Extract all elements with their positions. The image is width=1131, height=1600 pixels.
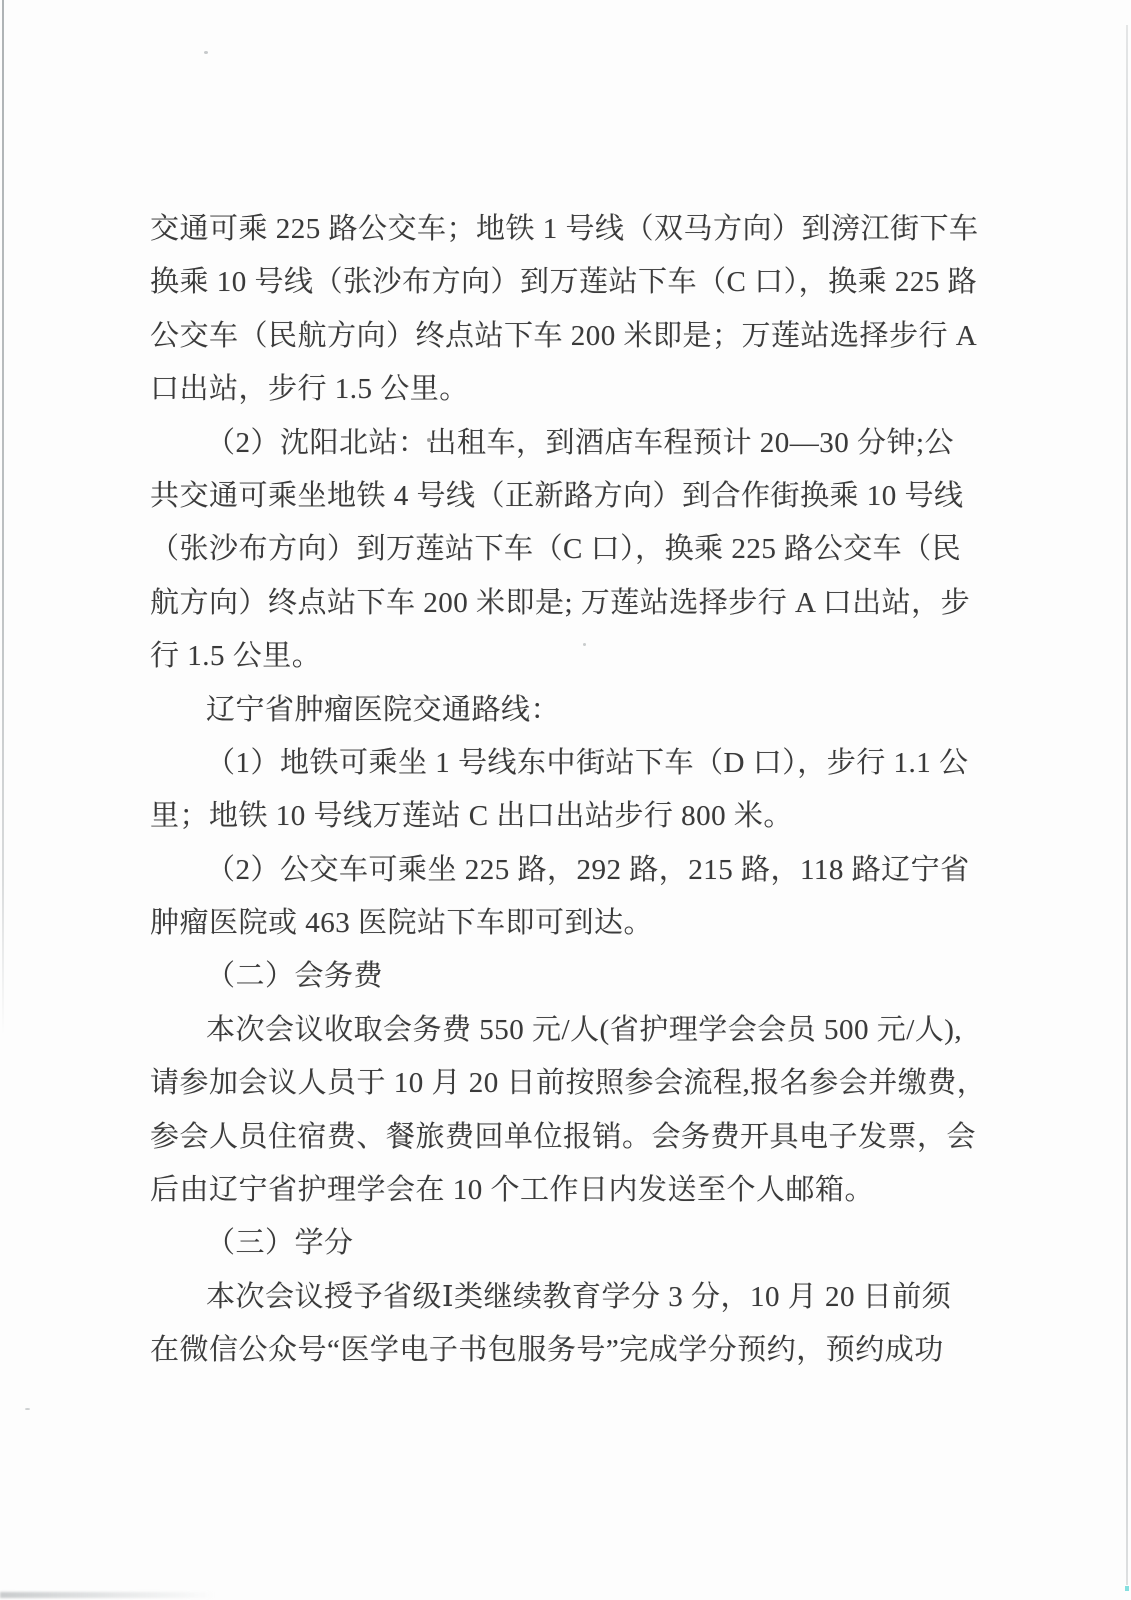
body-line: 航方向）终点站下车 200 米即是; 万莲站选择步行 A 口出站，步 — [150, 577, 995, 630]
body-line: 参会人员住宿费、餐旅费回单位报销。会务费开具电子发票，会 — [150, 1111, 995, 1164]
section-heading-credits: （三）学分 — [150, 1217, 995, 1270]
body-line: 在微信公众号“医学电子书包服务号”完成学分预约，预约成功 — [150, 1324, 995, 1377]
body-line: 行 1.5 公里。 — [150, 630, 995, 683]
body-line: （张沙布方向）到万莲站下车（C 口），换乘 225 路公交车（民 — [150, 523, 995, 576]
scan-left-edge-line — [2, 0, 4, 1035]
section-heading-fees: （二）会务费 — [150, 950, 995, 1003]
body-line: 请参加会议人员于 10 月 20 日前按照参会流程,报名参会并缴费， — [150, 1057, 995, 1110]
body-line: 后由辽宁省护理学会在 10 个工作日内发送至个人邮箱。 — [150, 1164, 995, 1217]
body-line: 口出站，步行 1.5 公里。 — [150, 363, 995, 416]
body-line: 交通可乘 225 路公交车；地铁 1 号线（双马方向）到滂江街下车 — [150, 203, 995, 256]
body-line: 肿瘤医院或 463 医院站下车即可到达。 — [150, 897, 995, 950]
body-line: 本次会议授予省级Ⅰ类继续教育学分 3 分，10 月 20 日前须 — [150, 1271, 995, 1324]
document-body: 交通可乘 225 路公交车；地铁 1 号线（双马方向）到滂江街下车 换乘 10 … — [150, 203, 995, 1378]
body-line: 共交通可乘坐地铁 4 号线（正新路方向）到合作街换乘 10 号线 — [150, 470, 995, 523]
scan-right-edge-line — [1126, 25, 1128, 1585]
list-item-metro: （1）地铁可乘坐 1 号线东中街站下车（D 口），步行 1.1 公 — [150, 737, 995, 790]
body-line: 公交车（民航方向）终点站下车 200 米即是；万莲站选择步行 A — [150, 310, 995, 363]
body-line: 里；地铁 10 号线万莲站 C 出口出站步行 800 米。 — [150, 790, 995, 843]
list-item-bus: （2）公交车可乘坐 225 路，292 路，215 路，118 路辽宁省 — [150, 844, 995, 897]
list-item-shenyang-north: （2）沈阳北站：出租车，到酒店车程预计 20—30 分钟;公 — [150, 417, 995, 470]
scanned-document-page: 交通可乘 225 路公交车；地铁 1 号线（双马方向）到滂江街下车 换乘 10 … — [0, 0, 1131, 1600]
scan-bottom-smudge — [0, 1592, 215, 1598]
route-title-hospital: 辽宁省肿瘤医院交通路线： — [150, 684, 995, 737]
scan-speck — [204, 51, 208, 54]
body-line: 本次会议收取会务费 550 元/人(省护理学会会员 500 元/人), — [150, 1004, 995, 1057]
scan-speck-cyan — [1125, 1586, 1129, 1591]
scan-speck — [25, 1408, 30, 1410]
body-line: 换乘 10 号线（张沙布方向）到万莲站下车（C 口），换乘 225 路 — [150, 256, 995, 309]
